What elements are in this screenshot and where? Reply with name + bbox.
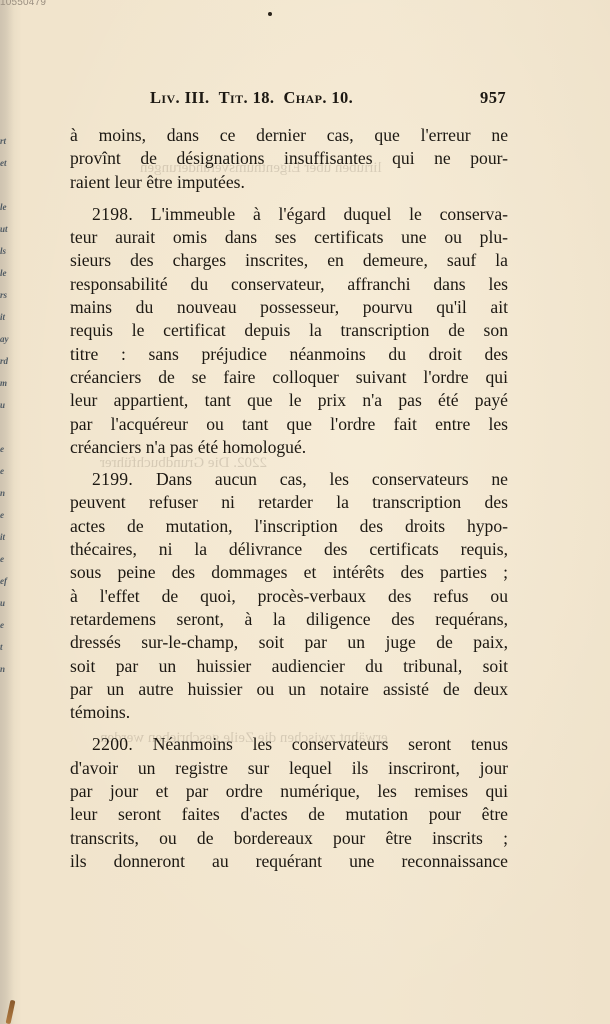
running-head-section: Liv. III. Tit. 18. Chap. 10. [150,88,353,108]
running-head: Liv. III. Tit. 18. Chap. 10. 957 [150,88,506,108]
text-line: à l'effet de quoi, procès-verbaux des re… [70,585,508,608]
article-first-line: Néanmoins les conservateurs seront tenus [153,734,508,754]
article-2199: 2199. Dans aucun cas, les conservateurs … [70,468,508,724]
margin-fragment: ut [0,218,12,240]
text-line: mains du nouveau possesseur, pourvu qu'i… [70,296,508,319]
text-line: requis le certificat depuis la transcrip… [70,319,508,342]
text-line: peuvent refuser ni retarder la transcrip… [70,491,508,514]
text-line: témoins. [70,701,508,724]
article-number: 2200. [92,734,133,754]
text-line: 2198. L'immeuble à l'égard duquel le con… [70,203,508,226]
text-line: créanciers n'a pas été homologué. [70,436,508,459]
text-line: créanciers de se faire colloquer suivant… [70,366,508,389]
margin-fragment: le [0,262,12,284]
margin-fragment: e [0,438,12,460]
text-line: dressés sur-le-champ, soit par un juge d… [70,631,508,654]
text-line: titre : sans préjudice néanmoins du droi… [70,343,508,366]
paragraph-continuation: à moins, dans ce dernier cas, que l'erre… [70,124,508,194]
margin-fragment: t [0,636,12,658]
text-line: soit par un huissier audiencier du tribu… [70,655,508,678]
text-line: thécaires, ni la délivrance des certific… [70,538,508,561]
text-line: teur aurait omis dans ses certificats un… [70,226,508,249]
running-head-livre: Liv. III. [150,88,210,107]
scan-id-label: 10550479 [0,0,46,8]
text-line: responsabilité du conservateur, affranch… [70,273,508,296]
ink-dot [268,12,272,16]
text-line: par jour et par ordre numérique, les rem… [70,780,508,803]
margin-fragment: le [0,196,12,218]
margin-fragment: e [0,460,12,482]
article-first-line: L'immeuble à l'égard duquel le conserva- [151,204,508,224]
text-line: sous peine des dommages et intérêts des … [70,561,508,584]
page-number: 957 [480,88,506,108]
text-line: par un autre huissier ou un notaire assi… [70,678,508,701]
margin-fragment: e [0,614,12,636]
text-line: sieurs des charges inscrites, en demeure… [70,249,508,272]
text-line: ils donneront au requérant une reconnais… [70,850,508,873]
margin-fragment: rd [0,350,12,372]
article-number: 2198. [92,204,133,224]
book-page: 10550479 rt et le ut ls le rs it ay rd m… [0,0,610,1024]
article-first-line: Dans aucun cas, les conservateurs ne [156,469,508,489]
margin-fragment: it [0,526,12,548]
running-head-titre: Tit. 18. [219,88,275,107]
margin-fragment: u [0,394,12,416]
text-line: 2200. Néanmoins les conservateurs seront… [70,733,508,756]
article-2200: 2200. Néanmoins les conservateurs seront… [70,733,508,873]
margin-fragment [0,416,12,438]
margin-fragment: e [0,548,12,570]
margin-fragment: it [0,306,12,328]
margin-fragment: et [0,152,12,174]
running-head-chapitre: Chap. 10. [283,88,353,107]
text-line: raient leur être imputées. [70,171,508,194]
body-text: à moins, dans ce dernier cas, que l'erre… [70,124,508,873]
margin-fragment: m [0,372,12,394]
margin-fragment: n [0,482,12,504]
margin-fragment: e [0,504,12,526]
margin-fragment: n [0,658,12,680]
facing-page-margin-fragments: rt et le ut ls le rs it ay rd m u e e n … [0,130,12,680]
text-line: leur seront faites d'actes de mutation p… [70,803,508,826]
text-line: à moins, dans ce dernier cas, que l'erre… [70,124,508,147]
text-line: transcrits, ou de bordereaux pour être i… [70,827,508,850]
margin-fragment: u [0,592,12,614]
text-line: actes de mutation, l'inscription des dro… [70,515,508,538]
margin-fragment: ef [0,570,12,592]
article-number: 2199. [92,469,133,489]
text-line: 2199. Dans aucun cas, les conservateurs … [70,468,508,491]
margin-fragment: rs [0,284,12,306]
text-line: par l'acquéreur ou tant que l'ordre fait… [70,413,508,436]
text-line: d'avoir un registre sur lequel ils inscr… [70,757,508,780]
margin-fragment: rt [0,130,12,152]
article-2198: 2198. L'immeuble à l'égard duquel le con… [70,203,508,459]
margin-fragment: ay [0,328,12,350]
text-line: provînt de désignations insuffisantes qu… [70,147,508,170]
text-line: leur appartient, tant que le prix n'a pa… [70,389,508,412]
text-line: retardemens seront, à la diligence des r… [70,608,508,631]
margin-fragment [0,174,12,196]
margin-fragment: ls [0,240,12,262]
